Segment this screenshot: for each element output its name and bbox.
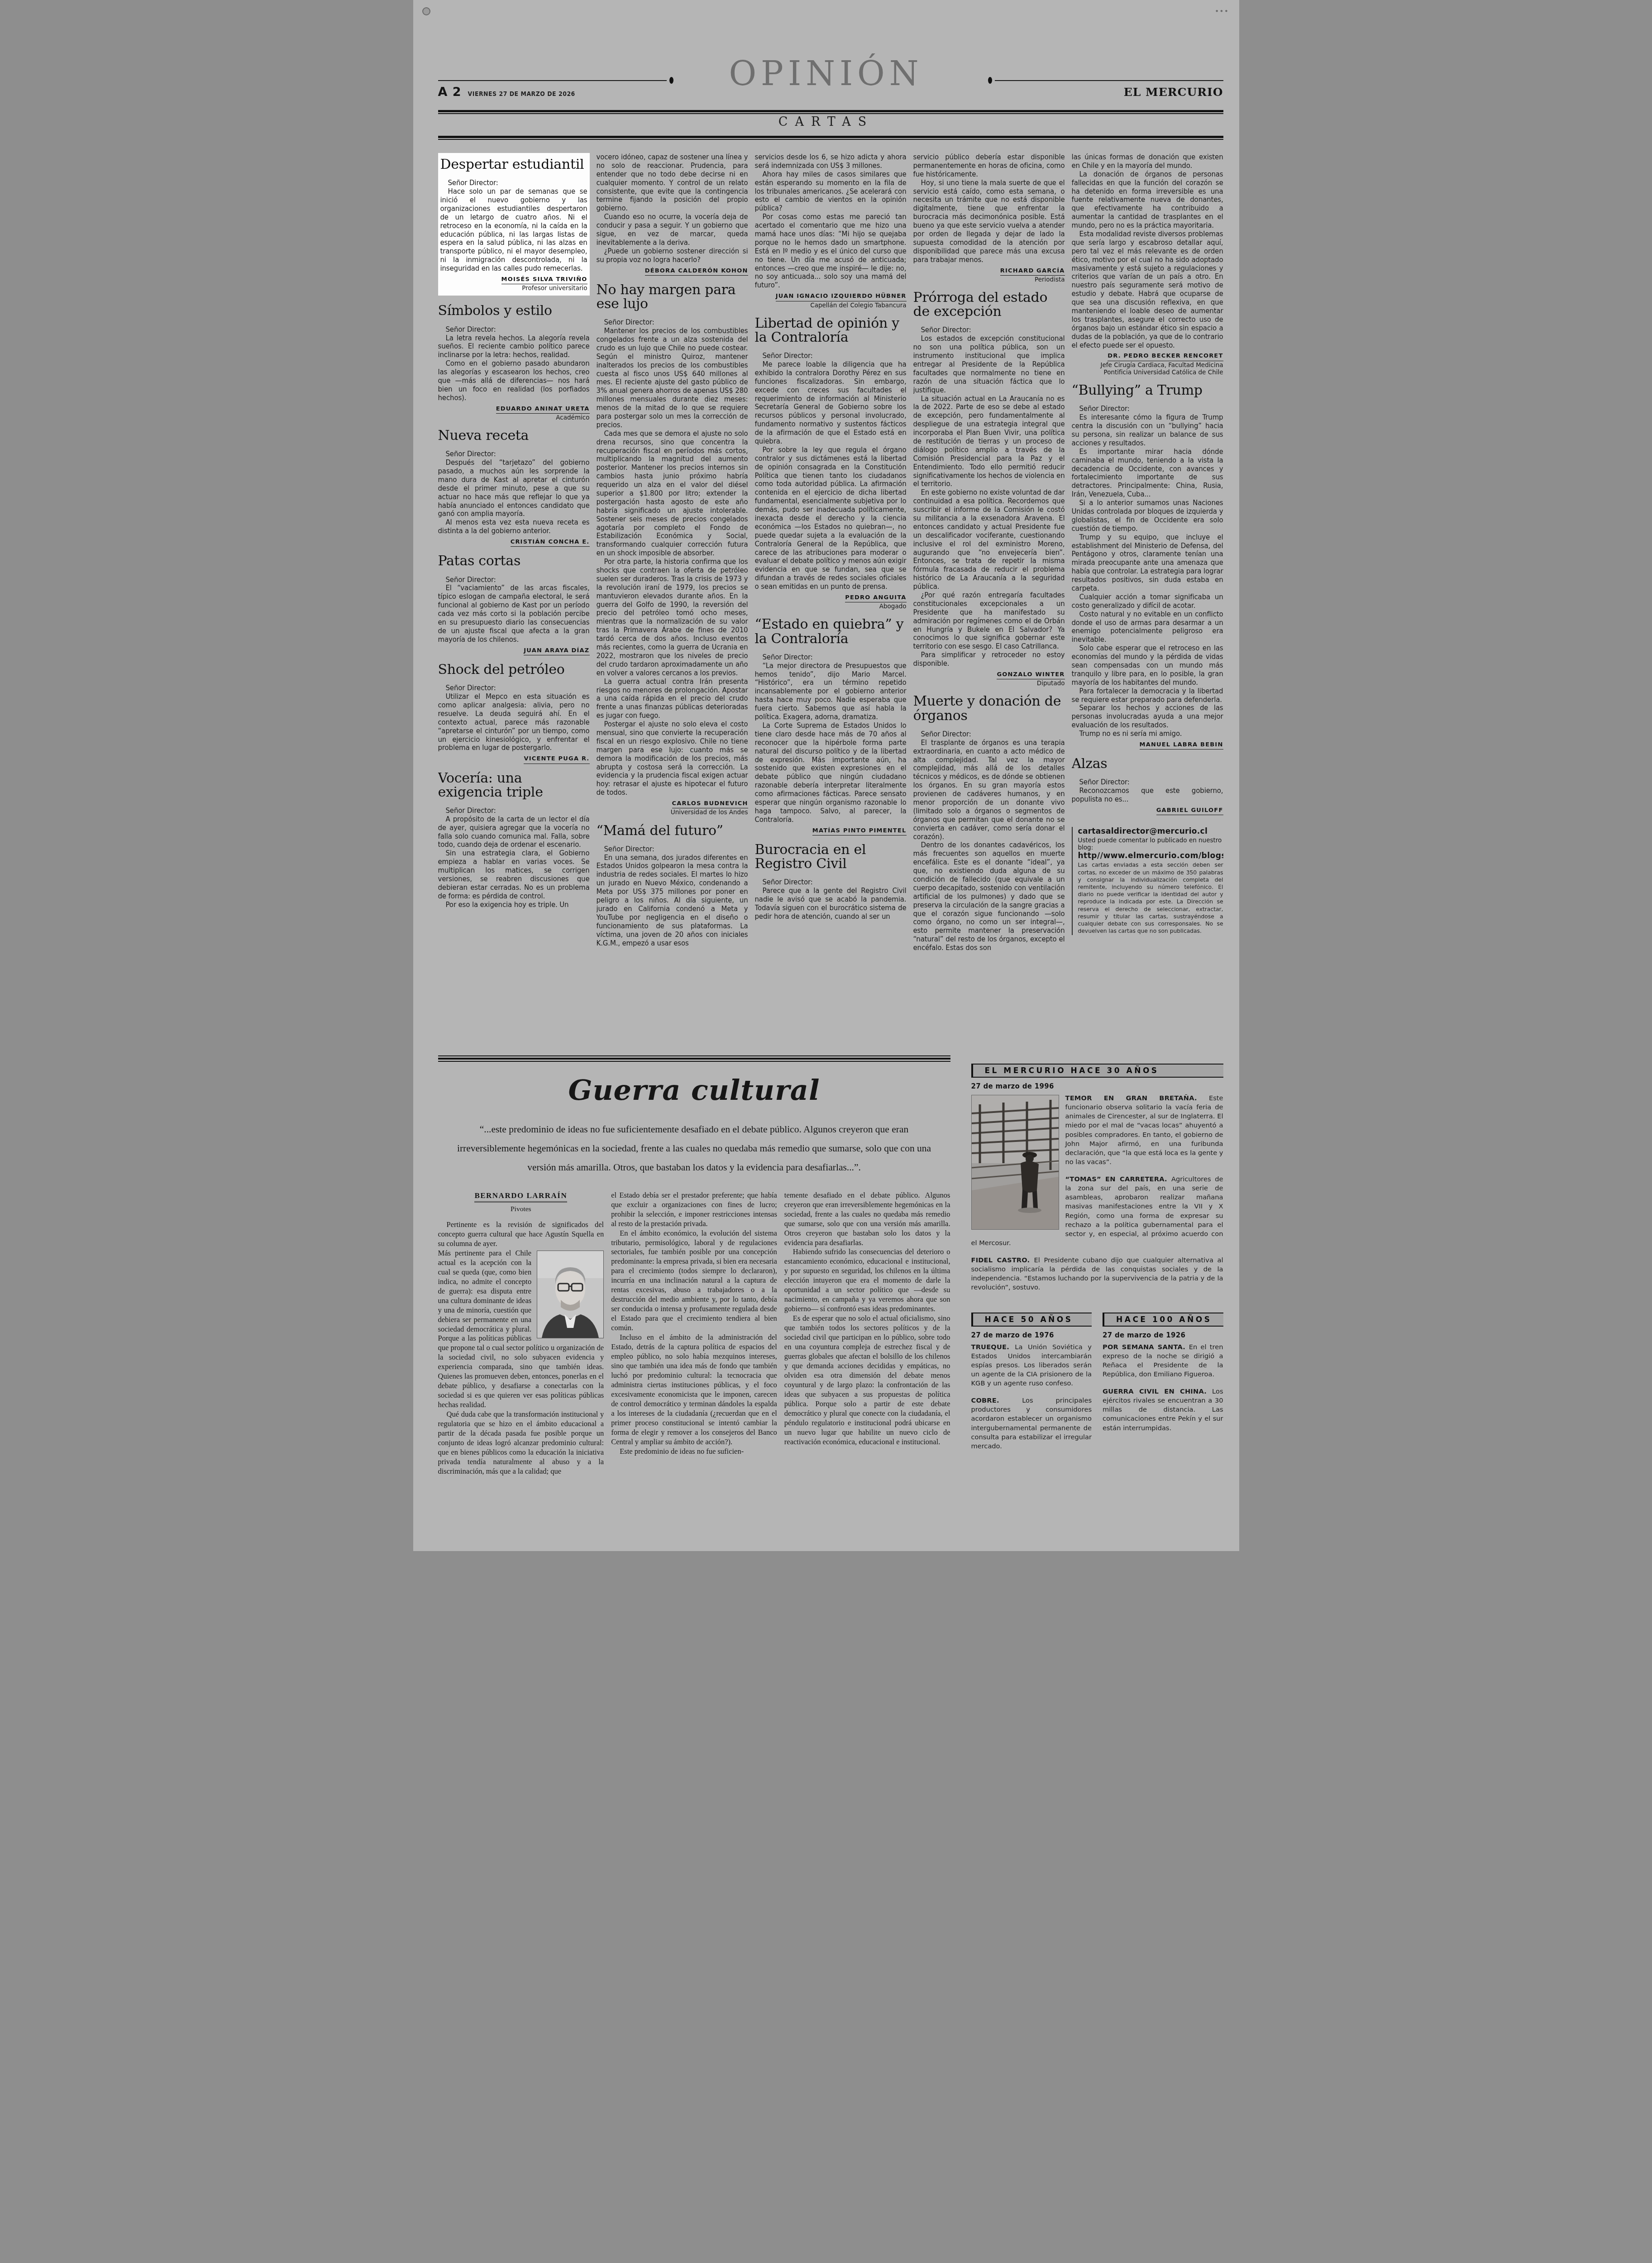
letter-title: Burocracia en el Registro Civil: [755, 843, 907, 871]
letter-body: Señor Director:El “vaciamiento” de las a…: [438, 576, 590, 644]
letter-signature-name: CRISTIÁN CONCHA E.: [511, 539, 590, 547]
letter-signature: CRISTIÁN CONCHA E.: [438, 537, 590, 547]
letters-column: servicio público debería estar disponibl…: [913, 153, 1065, 1053]
letter-paragraph: Cuando eso no ocurre, la vocería deja de…: [597, 213, 748, 247]
letter-paragraph: Hoy, si uno tiene la mala suerte de que …: [913, 179, 1065, 264]
letters-column: las únicas formas de donación que existe…: [1072, 153, 1223, 1053]
history-sidebar: EL MERCURIO HACE 30 AÑOS 27 de marzo de …: [971, 1055, 1223, 1544]
letter-paragraph: “La mejor directora de Presupuestos que …: [755, 662, 907, 721]
letter-title: Patas cortas: [438, 554, 590, 568]
letter-paragraph: Trump no es ni sería mi amigo.: [1072, 730, 1223, 738]
article-paragraph: Pertinente es la revisión de significado…: [438, 1220, 604, 1249]
sidebar-item: POR SEMANA SANTA. En el tren expreso de …: [1103, 1343, 1223, 1380]
letter-title: Muerte y donación de órganos: [913, 694, 1065, 722]
newspaper-page: ••• OPINIÓN A 2 VIERNES 27 DE MARZO DE 2…: [413, 0, 1239, 1551]
letter-signature-role: Universidad de los Andes: [597, 809, 748, 816]
sidebar-item-lead: TRUEQUE.: [971, 1343, 1015, 1351]
sidebar-item: TRUEQUE. La Unión Soviética y Estados Un…: [971, 1343, 1092, 1389]
letter-signature-name: CARLOS BUDNEVICH: [672, 800, 748, 808]
letter-paragraph: servicios desde los 6, se hizo adicta y …: [755, 153, 907, 170]
article-paragraph: Habiendo sufrido las consecuencias del d…: [784, 1247, 950, 1314]
letter-paragraph: Si a lo anterior sumamos unas Naciones U…: [1072, 499, 1223, 533]
cartas-email-link[interactable]: cartasaldirector@mercurio.cl: [1078, 827, 1223, 836]
letter-paragraph: La donación de órganos de personas falle…: [1072, 170, 1223, 230]
letter-block: “Bullying” a Trump Señor Director:Es int…: [1072, 383, 1223, 750]
sidebar-item: COBRE. Los principales productores y con…: [971, 1396, 1092, 1451]
letter-paragraph: Postergar el ajuste no solo eleva el cos…: [597, 720, 748, 797]
article-paragraph: Este predominio de ideas no fue suficien…: [611, 1447, 777, 1456]
sidebar-item-lead: FIDEL CASTRO.: [971, 1256, 1034, 1264]
letter-paragraph: Señor Director:: [755, 878, 907, 887]
letter-signature: JUAN IGNACIO IZQUIERDO HÜBNER: [755, 291, 907, 301]
letter-signature: MATÍAS PINTO PIMENTEL: [755, 826, 907, 835]
ornament-rule-right: [995, 80, 1223, 81]
letter-paragraph: Señor Director:: [755, 352, 907, 360]
sidebar-header-50-years: HACE 50 AÑOS: [971, 1313, 1092, 1327]
letter-block: Alzas Señor Director:Reconozcamos que es…: [1072, 757, 1223, 815]
letter-block: “Mamá del futuro” Señor Director:En una …: [597, 824, 748, 948]
letter-paragraph: Reconozcamos que este gobierno, populist…: [1072, 787, 1223, 804]
letter-paragraph: ¿Puede un gobierno sostener dirección si…: [597, 247, 748, 264]
letter-body: Señor Director:“La mejor directora de Pr…: [755, 653, 907, 824]
article-column-1: BERNARDO LARRAÍN Pivotes Pertinente es l…: [438, 1191, 604, 1476]
letter-title: Nueva receta: [438, 429, 590, 443]
letter-block: las únicas formas de donación que existe…: [1072, 153, 1223, 376]
article-top-rule: [438, 1055, 950, 1062]
letter-paragraph: Señor Director:: [440, 179, 587, 187]
letter-signature-name: PEDRO ANGUITA: [845, 594, 906, 602]
article-author-org: Pivotes: [438, 1205, 604, 1214]
letter-block: servicio público debería estar disponibl…: [913, 153, 1065, 283]
letter-block: Shock del petróleo Señor Director:Utiliz…: [438, 663, 590, 764]
letter-paragraph: Por eso la exigencia hoy es triple. Un: [438, 901, 590, 909]
letter-body: servicio público debería estar disponibl…: [913, 153, 1065, 264]
letter-title: Alzas: [1072, 757, 1223, 771]
letter-paragraph: En una semana, dos jurados diferentes en…: [597, 854, 748, 948]
letter-signature-name: EDUARDO ANINAT URETA: [496, 406, 590, 414]
article-pull-quote: “...este predominio de ideas no fue sufi…: [448, 1120, 940, 1177]
letter-body: vocero idóneo, capaz de sostener una lín…: [597, 153, 748, 264]
letter-block: “Estado en quiebra” y la Contraloría Señ…: [755, 617, 907, 835]
letter-paragraph: Señor Director:: [438, 450, 590, 458]
letter-signature: DÉBORA CALDERÓN KOHON: [597, 266, 748, 276]
ornament-dot-left: [669, 77, 673, 84]
letter-paragraph: Dentro de los donantes cadavéricos, los …: [913, 841, 1065, 952]
letter-paragraph: Señor Director:: [913, 326, 1065, 334]
letter-title: “Estado en quiebra” y la Contraloría: [755, 617, 907, 645]
letter-signature-name: VICENTE PUGA R.: [524, 755, 589, 764]
letter-block: No hay margen para ese lujo Señor Direct…: [597, 283, 748, 816]
letter-paragraph: Solo cabe esperar que el retroceso en la…: [1072, 644, 1223, 687]
letter-signature-role: Jefe Cirugía Cardiaca, Facultad Medicina…: [1072, 362, 1223, 376]
letter-signature-role: Abogado: [755, 603, 907, 610]
sidebar-date-100-years: 27 de marzo de 1926: [1103, 1331, 1223, 1339]
article-paragraph: el Estado debía ser el prestador prefere…: [611, 1191, 777, 1229]
letter-signature: GABRIEL GUILOFF: [1072, 805, 1223, 815]
letter-signature: JUAN ARAYA DÍAZ: [438, 645, 590, 655]
letter-signature-name: GONZALO WINTER: [997, 671, 1065, 679]
sidebar-item: GUERRA CIVIL EN CHINA. Los ejércitos riv…: [1103, 1387, 1223, 1433]
letter-paragraph: La Corte Suprema de Estados Unidos lo ti…: [755, 721, 907, 824]
letter-block: vocero idóneo, capaz de sostener una lín…: [597, 153, 748, 276]
letters-column: Despertar estudiantil Señor Director:Hac…: [438, 153, 590, 1053]
article-paragraph: temente desafiado en el debate público. …: [784, 1191, 950, 1248]
ornament-rule-left: [438, 80, 667, 81]
letter-paragraph: Me parece loable la diligencia que ha ex…: [755, 360, 907, 446]
letter-paragraph: Señor Director:: [755, 653, 907, 662]
letter-paragraph: Por otra parte, la historia confirma que…: [597, 558, 748, 677]
letter-signature-role: Capellán del Colegio Tabancura: [755, 302, 907, 309]
masthead: EL MERCURIO: [1124, 86, 1223, 99]
letter-signature-role: Académico: [438, 414, 590, 421]
letter-paragraph: Señor Director:: [438, 684, 590, 692]
letter-paragraph: Cada mes que se demora el ajuste no solo…: [597, 430, 748, 558]
letter-paragraph: Parece que a la gente del Registro Civil…: [755, 887, 907, 921]
letter-block: servicios desde los 6, se hizo adicta y …: [755, 153, 907, 309]
letter-block: Prórroga del estado de excepción Señor D…: [913, 291, 1065, 687]
cartas-footer-box: cartasaldirector@mercurio.cl Usted puede…: [1072, 827, 1223, 935]
author-portrait-illustration: [537, 1251, 603, 1338]
letter-paragraph: Señor Director:: [438, 807, 590, 815]
letter-paragraph: las únicas formas de donación que existe…: [1072, 153, 1223, 170]
letter-body: Señor Director:Parece que a la gente del…: [755, 878, 907, 921]
letter-title: Vocería: una exigencia triple: [438, 771, 590, 799]
letter-body: Señor Director:Es interesante cómo la fi…: [1072, 405, 1223, 738]
letter-signature-name: JUAN IGNACIO IZQUIERDO HÜBNER: [776, 293, 907, 301]
sidebar-date-50-years: 27 de marzo de 1976: [971, 1331, 1092, 1339]
letter-paragraph: Sin una estrategia clara, el Gobierno em…: [438, 849, 590, 900]
article-column-3: temente desafiado en el debate público. …: [784, 1191, 950, 1476]
letter-paragraph: La situación actual en La Araucanía no e…: [913, 395, 1065, 489]
letter-title: Despertar estudiantil: [440, 158, 587, 172]
letter-paragraph: Costo natural y no evitable en un confli…: [1072, 610, 1223, 645]
corner-dots-icon: •••: [1215, 8, 1229, 15]
letters-grid: Despertar estudiantil Señor Director:Hac…: [438, 153, 1223, 1053]
letter-paragraph: La letra revela hechos. La alegoría reve…: [438, 334, 590, 360]
letter-paragraph: El “vaciamiento” de las arcas fiscales, …: [438, 584, 590, 644]
letter-signature-name: GABRIEL GUILOFF: [1156, 807, 1223, 815]
letter-signature: PEDRO ANGUITA: [755, 592, 907, 602]
letter-body: servicios desde los 6, se hizo adicta y …: [755, 153, 907, 290]
article-byline: BERNARDO LARRAÍN Pivotes: [438, 1191, 604, 1214]
letter-signature-role: Diputado: [913, 680, 1065, 687]
letter-body: Señor Director:Me parece loable la dilig…: [755, 352, 907, 591]
cartas-legal-text: Las cartas enviadas a esta sección deben…: [1078, 861, 1223, 935]
letter-body: Señor Director:En una semana, dos jurado…: [597, 845, 748, 948]
letter-title: “Mamá del futuro”: [597, 824, 748, 838]
letter-paragraph: En este gobierno no existe voluntad de d…: [913, 488, 1065, 591]
letter-block: Nueva receta Señor Director:Después del …: [438, 429, 590, 547]
letter-signature: MOISÉS SILVA TRIVIÑO: [440, 274, 587, 284]
sidebar-items-100-years: POR SEMANA SANTA. En el tren expreso de …: [1103, 1343, 1223, 1433]
letter-paragraph: Hace solo un par de semanas que se inici…: [440, 187, 587, 273]
letter-signature-role: Profesor universitario: [440, 285, 587, 292]
letter-signature-name: DR. PEDRO BECKER RENCORET: [1108, 353, 1223, 361]
letter-signature-name: RICHARD GARCÍA: [1000, 267, 1065, 276]
letter-paragraph: Señor Director:: [438, 325, 590, 334]
article-title: Guerra cultural: [438, 1074, 950, 1107]
article-paragraph: En el ámbito económico, la evolución del…: [611, 1229, 777, 1333]
letter-paragraph: La guerra actual contra Irán presenta ri…: [597, 678, 748, 720]
letter-paragraph: vocero idóneo, capaz de sostener una lín…: [597, 153, 748, 213]
letter-paragraph: Trump y su equipo, que incluye el establ…: [1072, 533, 1223, 593]
article-paragraph: Es de esperar que no solo el actual ofic…: [784, 1314, 950, 1447]
letter-paragraph: Por sobre la ley que regula el órgano co…: [755, 446, 907, 591]
sidebar-photo: [971, 1095, 1059, 1230]
letter-paragraph: ¿Por qué razón entregaría facultades con…: [913, 591, 1065, 651]
letter-paragraph: Por cosas como estas me pareció tan acer…: [755, 213, 907, 290]
bottom-region: Guerra cultural “...este predominio de i…: [438, 1055, 1223, 1544]
sidebar-item-lead: GUERRA CIVIL EN CHINA.: [1103, 1388, 1212, 1395]
letter-title: No hay margen para ese lujo: [597, 283, 748, 311]
letter-signature: MANUEL LABRA BEBIN: [1072, 740, 1223, 750]
article-column-2: el Estado debía ser el prestador prefere…: [611, 1191, 777, 1476]
divider-rule: [438, 110, 1223, 114]
letters-column: vocero idóneo, capaz de sostener una lín…: [597, 153, 748, 1053]
article-paragraph: Qué duda cabe que la transformación inst…: [438, 1410, 604, 1476]
letter-signature: VICENTE PUGA R.: [438, 754, 590, 764]
letter-paragraph: Ahora hay miles de casos similares que e…: [755, 170, 907, 213]
cartas-blog-url[interactable]: http//www.elmercurio.com/blogs: [1078, 851, 1223, 860]
letters-column: servicios desde los 6, se hizo adicta y …: [755, 153, 907, 1053]
author-photo: [537, 1251, 604, 1338]
sidebar-section-50-years: HACE 50 AÑOS 27 de marzo de 1976 TRUEQUE…: [971, 1313, 1092, 1459]
sidebar-item-lead: POR SEMANA SANTA.: [1103, 1343, 1189, 1351]
sidebar-items-50-years: TRUEQUE. La Unión Soviética y Estados Un…: [971, 1343, 1092, 1451]
letter-block: Vocería: una exigencia triple Señor Dire…: [438, 771, 590, 909]
letter-paragraph: El trasplante de órganos es una terapia …: [913, 739, 1065, 841]
page-date: VIERNES 27 DE MARZO DE 2026: [468, 90, 575, 97]
letter-body: las únicas formas de donación que existe…: [1072, 153, 1223, 349]
letter-paragraph: Es interesante cómo la figura de Trump c…: [1072, 413, 1223, 448]
letter-block: Libertad de opinión y la Contraloría Señ…: [755, 316, 907, 611]
sidebar-item-lead: “TOMAS” EN CARRETERA.: [1065, 1175, 1172, 1183]
sidebar-item-lead: COBRE.: [971, 1397, 1022, 1404]
letter-signature: DR. PEDRO BECKER RENCORET: [1072, 351, 1223, 361]
letter-signature: EDUARDO ANINAT URETA: [438, 404, 590, 414]
page-number: A 2: [438, 85, 462, 99]
letter-body: Señor Director:La letra revela hechos. L…: [438, 325, 590, 402]
letter-block: Patas cortas Señor Director:El “vaciamie…: [438, 554, 590, 655]
letter-title: “Bullying” a Trump: [1072, 383, 1223, 397]
corner-mark-icon: [422, 7, 430, 15]
letter-paragraph: Separar los hechos y acciones de las per…: [1072, 704, 1223, 730]
sidebar-header-30-years: EL MERCURIO HACE 30 AÑOS: [971, 1064, 1223, 1078]
letter-signature: GONZALO WINTER: [913, 669, 1065, 679]
letter-signature-name: MATÍAS PINTO PIMENTEL: [812, 827, 907, 835]
letter-paragraph: Mantener los precios de los combustibles…: [597, 327, 748, 430]
letter-body: Señor Director:Utilizar el Mepco en esta…: [438, 684, 590, 752]
letter-body: Señor Director:Los estados de excepción …: [913, 326, 1065, 668]
cartas-blog-intro: Usted puede comentar lo publicado en nue…: [1078, 837, 1223, 851]
sidebar-date-30-years: 27 de marzo de 1996: [971, 1082, 1223, 1090]
ornament-dot-right: [988, 77, 992, 84]
letter-block: Símbolos y estilo Señor Director:La letr…: [438, 304, 590, 421]
article-body: BERNARDO LARRAÍN Pivotes Pertinente es l…: [438, 1191, 950, 1476]
letter-signature: CARLOS BUDNEVICH: [597, 798, 748, 808]
letter-title: Símbolos y estilo: [438, 304, 590, 318]
letter-paragraph: Señor Director:: [597, 845, 748, 854]
letter-signature: RICHARD GARCÍA: [913, 266, 1065, 276]
letter-paragraph: Esta modalidad reviste diversos problema…: [1072, 230, 1223, 349]
letter-body: Señor Director:Mantener los precios de l…: [597, 318, 748, 797]
letter-paragraph: Señor Director:: [597, 318, 748, 327]
sidebar-header-100-years: HACE 100 AÑOS: [1103, 1313, 1223, 1327]
article-guerra-cultural: Guerra cultural “...este predominio de i…: [438, 1055, 950, 1544]
article-author: BERNARDO LARRAÍN: [474, 1191, 567, 1203]
letter-title: Libertad de opinión y la Contraloría: [755, 316, 907, 344]
letter-block: Muerte y donación de órganos Señor Direc…: [913, 694, 1065, 952]
letter-body: Señor Director:Después del “tarjetazo” d…: [438, 450, 590, 535]
letter-paragraph: Después del “tarjetazo” del gobierno pas…: [438, 458, 590, 518]
empty-market-photo-illustration: [972, 1095, 1059, 1229]
letter-paragraph: servicio público debería estar disponibl…: [913, 153, 1065, 179]
letter-signature-role: Periodista: [913, 276, 1065, 283]
letter-paragraph: Señor Director:: [1072, 778, 1223, 787]
letter-body: Señor Director:A propósito de la carta d…: [438, 807, 590, 909]
page-header: ••• OPINIÓN A 2 VIERNES 27 DE MARZO DE 2…: [413, 0, 1239, 152]
sidebar-item-text: Este funcionario observa solitario la va…: [1065, 1094, 1223, 1166]
sidebar-item-lead: TEMOR EN GRAN BRETAÑA.: [1065, 1094, 1209, 1102]
letter-paragraph: Señor Director:: [913, 730, 1065, 739]
letter-title: Prórroga del estado de excepción: [913, 291, 1065, 319]
letter-paragraph: Los estados de excepción constitucional …: [913, 334, 1065, 394]
letter-block: Despertar estudiantil Señor Director:Hac…: [438, 153, 590, 296]
letter-signature-name: JUAN ARAYA DÍAZ: [524, 647, 589, 655]
letter-body: Señor Director:Reconozcamos que este gob…: [1072, 778, 1223, 804]
letter-block: Burocracia en el Registro Civil Señor Di…: [755, 843, 907, 921]
letter-body: Señor Director:Hace solo un par de seman…: [440, 179, 587, 273]
sidebar-item-text: Los principales productores y consumidor…: [971, 1397, 1092, 1450]
letter-signature-name: DÉBORA CALDERÓN KOHON: [645, 267, 748, 276]
letter-paragraph: Señor Director:: [1072, 405, 1223, 413]
letter-paragraph: A propósito de la carta de un lector el …: [438, 815, 590, 850]
letter-signature-name: MOISÉS SILVA TRIVIÑO: [501, 276, 587, 284]
letter-paragraph: Al menos esta vez esta nueva receta es d…: [438, 518, 590, 535]
letter-paragraph: Utilizar el Mepco en esta situación es c…: [438, 692, 590, 752]
sidebar-section-100-years: HACE 100 AÑOS 27 de marzo de 1926 POR SE…: [1103, 1313, 1223, 1459]
letter-paragraph: Cualquier acción a tomar significaba un …: [1072, 593, 1223, 610]
sidebar-item: FIDEL CASTRO. El Presidente cubano dijo …: [971, 1256, 1223, 1293]
letter-paragraph: Señor Director:: [438, 576, 590, 584]
subsection-title: CARTAS: [413, 115, 1239, 129]
letter-paragraph: Para simplificar y retroceder no estoy d…: [913, 651, 1065, 668]
letter-body: Señor Director:El trasplante de órganos …: [913, 730, 1065, 952]
letter-title: Shock del petróleo: [438, 663, 590, 677]
letter-paragraph: Es importante mirar hacia dónde caminaba…: [1072, 448, 1223, 499]
divider-rule: [438, 136, 1223, 140]
article-paragraph: Incluso en el ámbito de la administració…: [611, 1333, 777, 1447]
letter-paragraph: Para fortalecer la democracia y la liber…: [1072, 687, 1223, 704]
letter-signature-name: MANUEL LABRA BEBIN: [1140, 741, 1223, 750]
letter-paragraph: Como en el gobierno pasado abundaron las…: [438, 359, 590, 402]
